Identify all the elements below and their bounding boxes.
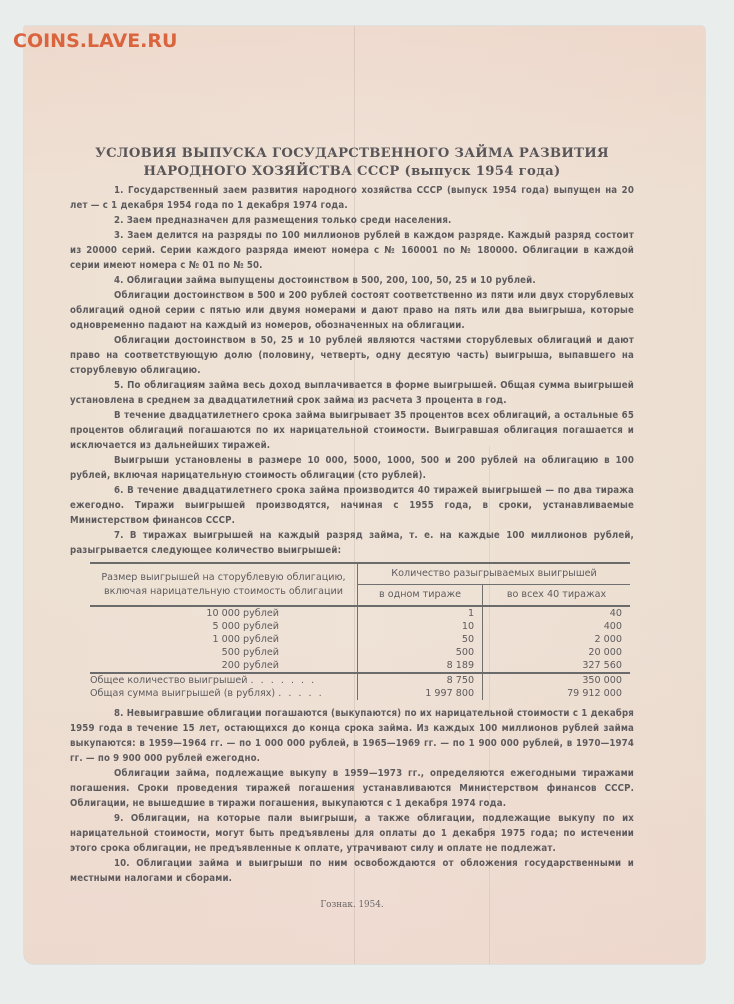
clause-9: 9. Облигации, на которые пали выигрыши, … xyxy=(70,811,634,856)
clause-8: 8. Невыигравшие облигации погашаются (вы… xyxy=(70,706,634,766)
clause-4: 4. Облигации займа выпущены достоинством… xyxy=(70,273,634,288)
prize-count-group-header: Количество разыгрываемых выигрышей xyxy=(358,563,631,585)
table-row: 1 000 рублей 50 2 000 xyxy=(90,633,630,646)
clause-5: 5. По облигациям займа весь доход выплач… xyxy=(70,378,634,408)
all-draws-header: во всех 40 тиражах xyxy=(483,585,630,607)
prize-table: Размер выигрышей на сторублевую облигаци… xyxy=(90,562,630,700)
prize-size-header: Размер выигрышей на сторублевую облигаци… xyxy=(90,563,358,606)
clause-4-para-3: Облигации достоинством в 50, 25 и 10 руб… xyxy=(70,333,634,378)
per-draw-header: в одном тираже xyxy=(358,585,483,607)
bond-terms: УСЛОВИЯ ВЫПУСКА ГОСУДАРСТВЕННОГО ЗАЙМА Р… xyxy=(70,145,634,910)
clause-7: 7. В тиражах выигрышей на каждый разряд … xyxy=(70,528,634,558)
title-line-2: НАРОДНОГО ХОЗЯЙСТВА СССР (выпуск 1954 го… xyxy=(70,163,634,181)
watermark-logo: COINS.LAVE.RU xyxy=(13,30,177,52)
table-row: 200 рублей 8 189 327 560 xyxy=(90,659,630,673)
title-line-1: УСЛОВИЯ ВЫПУСКА ГОСУДАРСТВЕННОГО ЗАЙМА Р… xyxy=(70,145,634,163)
clause-1: 1. Государственный заем развития народно… xyxy=(70,183,634,213)
total-count-row: Общее количество выигрышей . . . . . . .… xyxy=(90,673,630,687)
clause-5-para-2: В течение двадцатилетнего срока займа вы… xyxy=(70,408,634,453)
table-row: 500 рублей 500 20 000 xyxy=(90,646,630,659)
clause-8-para-2: Облигации займа, подлежащие выкупу в 195… xyxy=(70,766,634,811)
clause-10: 10. Облигации займа и выигрыши по ним ос… xyxy=(70,856,634,886)
table-row: 10 000 рублей 1 40 xyxy=(90,606,630,620)
document-title: УСЛОВИЯ ВЫПУСКА ГОСУДАРСТВЕННОГО ЗАЙМА Р… xyxy=(70,145,634,181)
clause-6: 6. В течение двадцатилетнего срока займа… xyxy=(70,483,634,528)
table-row: 5 000 рублей 10 400 xyxy=(90,620,630,633)
clause-4-para-2: Облигации достоинством в 500 и 200 рубле… xyxy=(70,288,634,333)
clause-3: 3. Заем делится на разряды по 100 миллио… xyxy=(70,228,634,273)
total-sum-row: Общая сумма выигрышей (в рублях) . . . .… xyxy=(90,687,630,700)
clause-5-para-3: Выигрыши установлены в размере 10 000, 5… xyxy=(70,453,634,483)
clause-2: 2. Заем предназначен для размещения толь… xyxy=(70,213,634,228)
printer-imprint: Гознак. 1954. xyxy=(70,900,634,910)
